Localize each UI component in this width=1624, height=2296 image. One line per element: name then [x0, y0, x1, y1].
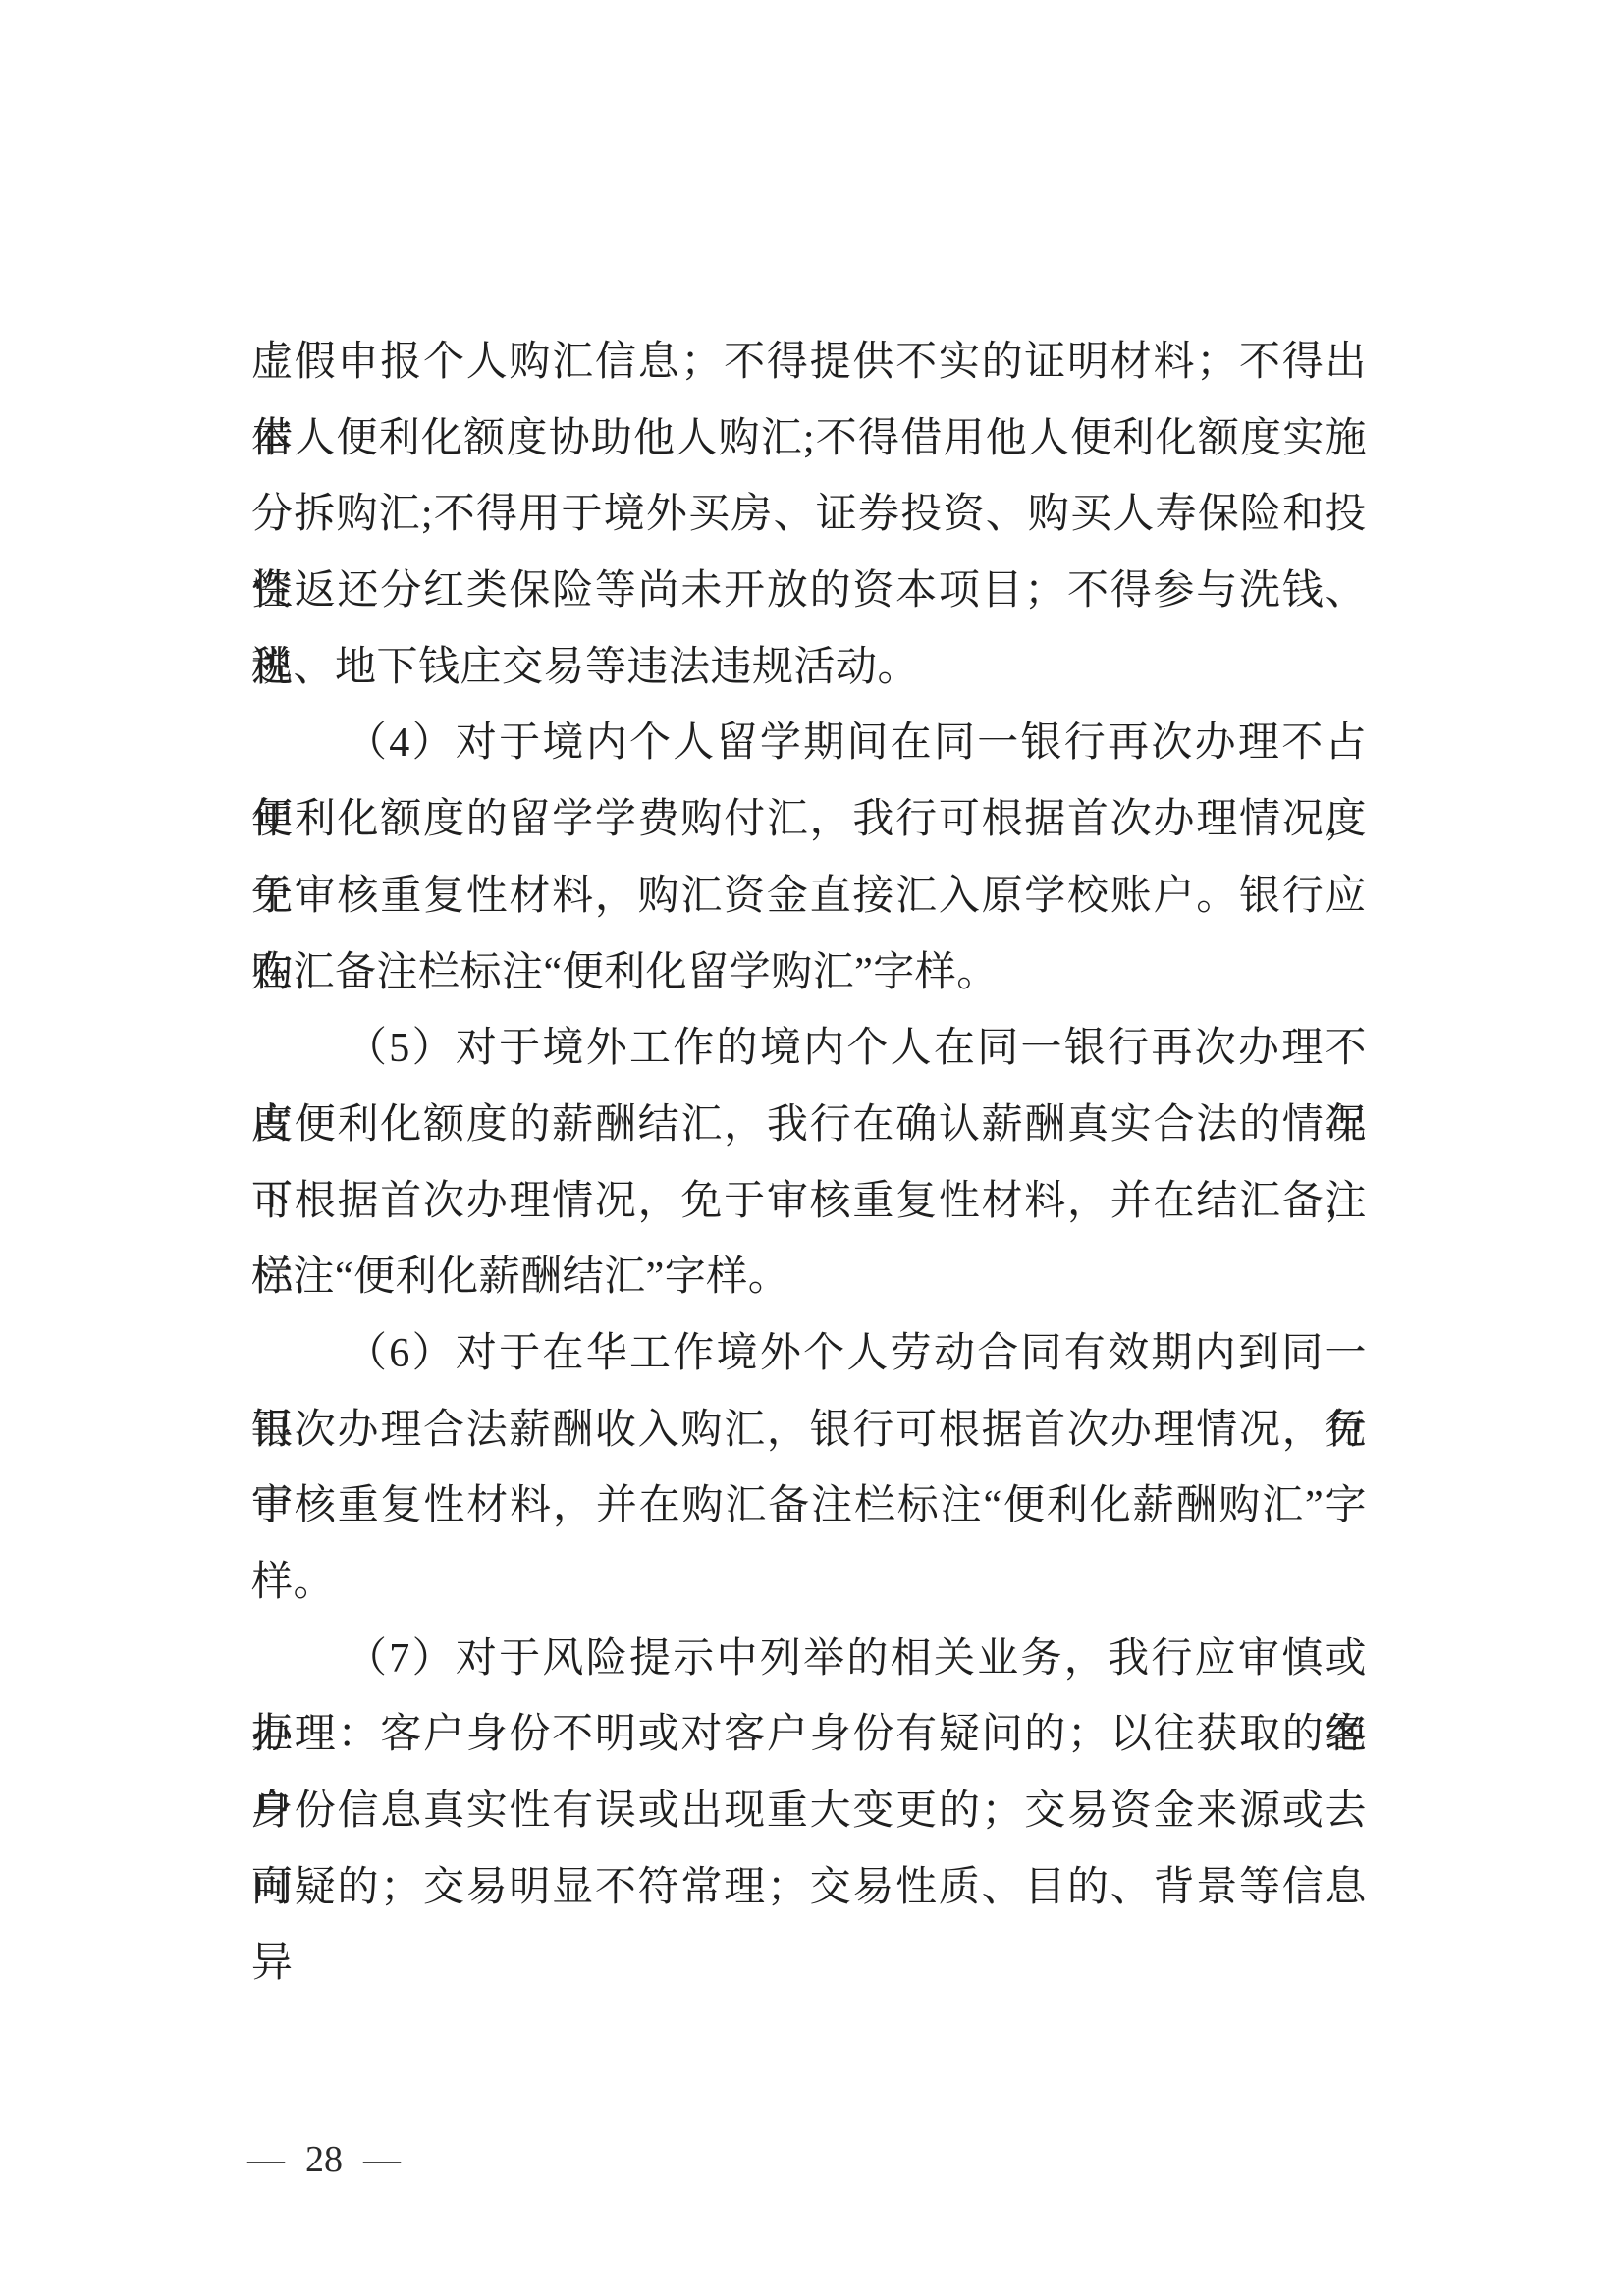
page-footer: —28— [247, 2138, 401, 2181]
text-line: 性返还分红类保险等尚未开放的资本项目；不得参与洗钱、逃 [251, 554, 1367, 630]
text-line: 标注“便利化薪酬结汇”字样。 [251, 1240, 1367, 1316]
text-line: 度便利化额度的薪酬结汇，我行在确认薪酬真实合法的情况下， [251, 1088, 1367, 1164]
page-number: 28 [305, 2139, 343, 2180]
text-line: 分拆购汇;不得用于境外买房、证券投资、购买人寿保险和投资 [251, 477, 1367, 554]
text-line: 再次办理合法薪酬收入购汇，银行可根据首次办理情况，免于 [251, 1393, 1367, 1469]
text-line: 样。 [251, 1545, 1367, 1622]
text-line: （5）对于境外工作的境内个人在同一银行再次办理不占年 [251, 1011, 1367, 1088]
document-page: 虚假申报个人购汇信息；不得提供不实的证明材料；不得出借本人便利化额度协助他人购汇… [0, 0, 1624, 2296]
text-block: 虚假申报个人购汇信息；不得提供不实的证明材料；不得出借本人便利化额度协助他人购汇… [251, 325, 1367, 1926]
text-line: 购汇备注栏标注“便利化留学购汇”字样。 [251, 935, 1367, 1012]
text-line: （7）对于风险提示中列举的相关业务，我行应审慎或拒绝 [251, 1622, 1367, 1698]
text-line: 税、地下钱庄交易等违法违规活动。 [251, 630, 1367, 707]
text-line: 审核重复性材料，并在购汇备注栏标注“便利化薪酬购汇”字 [251, 1468, 1367, 1545]
footer-rule-right: — [363, 2139, 401, 2180]
text-line: 可根据首次办理情况，免于审核重复性材料，并在结汇备注栏 [251, 1164, 1367, 1241]
text-line: （6）对于在华工作境外个人劳动合同有效期内到同一银行 [251, 1316, 1367, 1393]
text-line: 身份信息真实性有误或出现重大变更的；交易资金来源或去向 [251, 1774, 1367, 1850]
text-line: 于审核重复性材料，购汇资金直接汇入原学校账户。银行应在 [251, 859, 1367, 935]
footer-rule-left: — [247, 2139, 285, 2180]
text-line: 办理：客户身份不明或对客户身份有疑问的；以往获取的客户 [251, 1697, 1367, 1774]
text-line: 可疑的；交易明显不符常理；交易性质、目的、背景等信息异 [251, 1850, 1367, 1927]
text-line: （4）对于境内个人留学期间在同一银行再次办理不占年度 [251, 706, 1367, 782]
text-line: 便利化额度的留学学费购付汇，我行可根据首次办理情况，免 [251, 782, 1367, 859]
text-line: 虚假申报个人购汇信息；不得提供不实的证明材料；不得出借 [251, 325, 1367, 401]
text-line: 本人便利化额度协助他人购汇;不得借用他人便利化额度实施 [251, 401, 1367, 478]
